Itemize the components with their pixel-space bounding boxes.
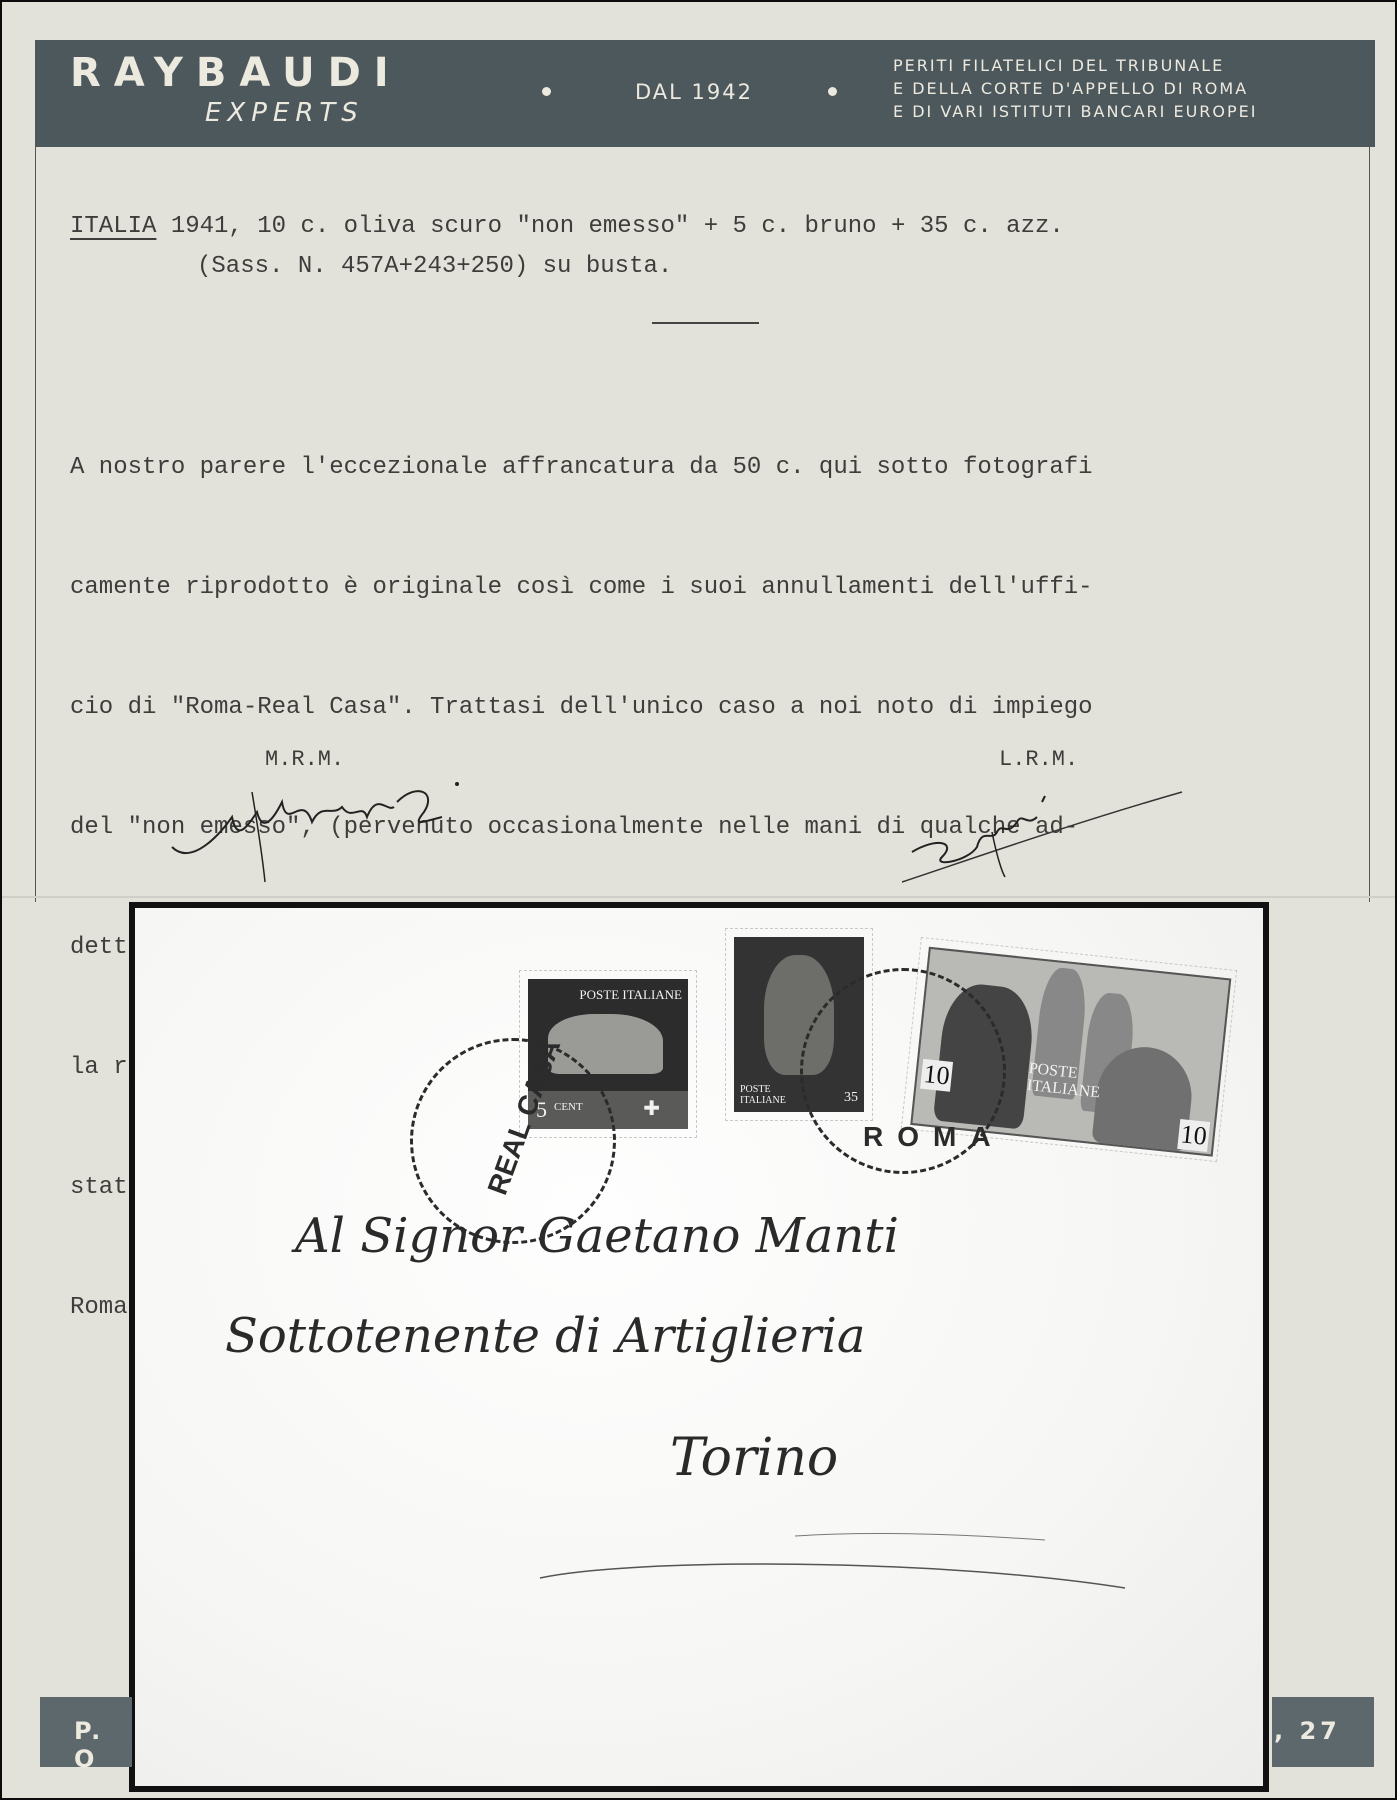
address-city: Torino [670,1428,838,1488]
paragraph-line: cio di "Roma-Real Casa". Trattasi dell'u… [70,688,1093,728]
section-divider [652,322,759,324]
signatory-initials-left: M.R.M. [265,747,344,772]
footer-right-text: , 27 [1274,1717,1341,1745]
credentials-block: PERITI FILATELICI DEL TRIBUNALE E DELLA … [893,54,1257,123]
certificate-title-line-1: ITALIA 1941, 10 c. oliva scuro "non emes… [70,207,1064,247]
stamp-value: 10 [1177,1119,1210,1152]
since-label: DAL 1942 [635,80,753,104]
certificate-sheet: RAYBAUDI EXPERTS DAL 1942 PERITI FILATEL… [2,2,1395,1798]
address-rank: Sottotenente di Artiglieria [225,1308,865,1364]
signature-left-icon [162,772,472,892]
bullet-dot-icon [542,87,551,96]
certificate-title-line-2: (Sass. N. 457A+243+250) su busta. [197,247,672,287]
envelope-photo: POSTE ITALIANE 5 CENT ✚ POSTE ITALIANE 3… [129,902,1269,1792]
postmark-roma: ROMA [800,968,1006,1174]
signature-right-icon [897,782,1197,892]
stamp-header-text: POSTE ITALIANE [1026,1060,1099,1101]
savoy-cross-icon: ✚ [643,1096,660,1121]
country-heading: ITALIA [70,213,156,240]
footer-band-right: , 27 [1272,1697,1374,1767]
title-text: 1941, 10 c. oliva scuro "non emesso" + 5… [156,213,1063,240]
stamp-header-text: POSTE ITALIANE [579,987,682,1003]
footer-band-left: P. O [40,1697,132,1767]
credentials-line: E DELLA CORTE D'APPELLO DI ROMA [893,77,1257,100]
credentials-line: PERITI FILATELICI DEL TRIBUNALE [893,54,1257,77]
bullet-dot-icon [828,87,837,96]
paragraph-line: A nostro parere l'eccezionale affrancatu… [70,448,1093,488]
paragraph-line: camente riprodotto è originale così come… [70,568,1093,608]
underline-flourish-icon [535,1528,1135,1608]
address-recipient: Al Signor Gaetano Manti [295,1208,899,1264]
fold-line [2,896,1395,898]
credentials-line: E DI VARI ISTITUTI BANCARI EUROPEI [893,100,1257,123]
letterhead-band: RAYBAUDI EXPERTS DAL 1942 PERITI FILATEL… [35,40,1375,147]
frame-border-left [35,147,36,902]
brand-subtitle: EXPERTS [205,98,364,128]
signatory-initials-right: L.R.M. [999,747,1078,772]
frame-border-right [1369,147,1370,902]
brand-name: RAYBAUDI [70,50,402,96]
stamp-header-text: POSTE ITALIANE [740,1084,800,1106]
footer-left-text: P. O [74,1717,132,1773]
